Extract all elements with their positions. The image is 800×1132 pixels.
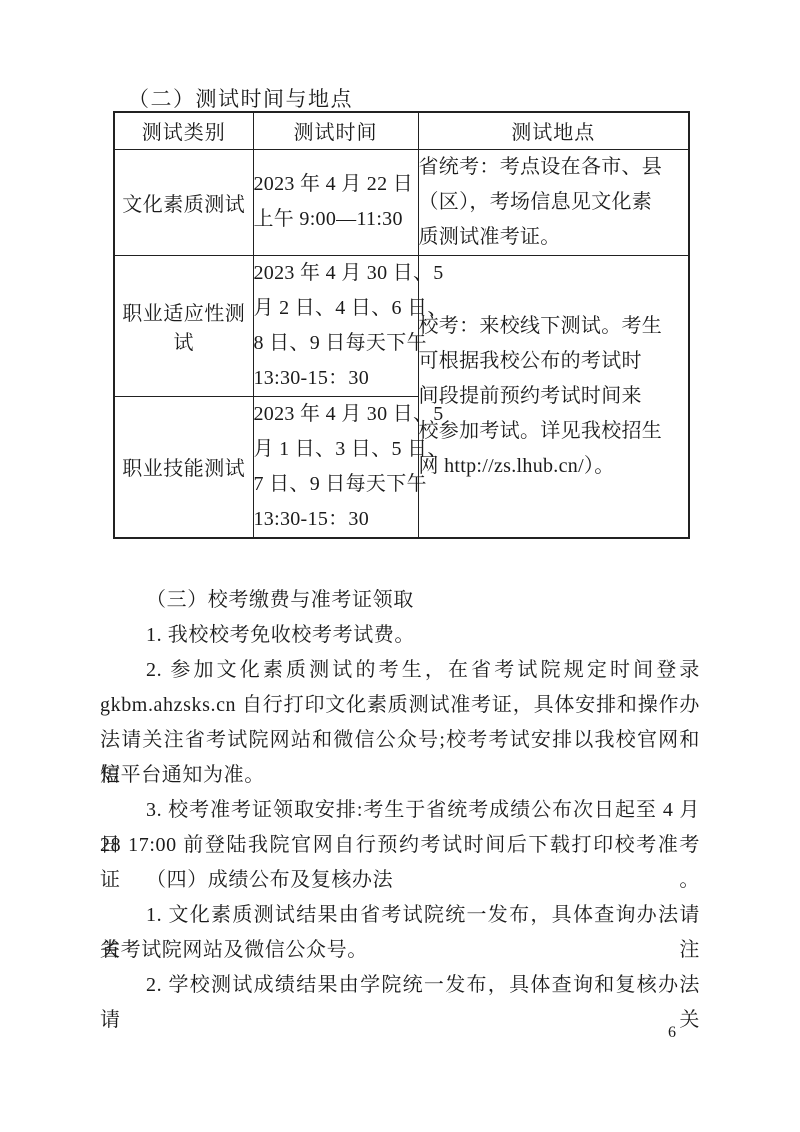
cell-line: 8 日、9 日每天下午 <box>254 326 418 361</box>
cell-line: 网 http://zs.lhub.cn/）。 <box>419 449 689 484</box>
paragraph-line: gkbm.ahzsks.cn 自行打印文化素质测试准考证，具体安排和操作办 <box>100 688 700 723</box>
table-row-culture-test: 文化素质测试 2023 年 4 月 22 日 上午 9:00—11:30 省统考… <box>114 149 689 255</box>
cell-line: 13:30-15：30 <box>254 502 418 537</box>
cell-time-culture: 2023 年 4 月 22 日 上午 9:00—11:30 <box>253 149 418 255</box>
cell-category-culture: 文化素质测试 <box>114 149 253 255</box>
cell-category-aptitude: 职业适应性测试 <box>114 255 253 396</box>
table-header-row: 测试类别 测试时间 测试地点 <box>114 112 689 149</box>
paragraph-line: 法请关注省考试院网站和微信公众号;校考考试安排以我校官网和短 <box>100 723 700 758</box>
body-text-block: （三）校考缴费与准考证领取 1. 我校校考免收校考考试费。 2. 参加文化素质测… <box>100 583 700 1003</box>
cell-line: 质测试准考证。 <box>419 220 689 255</box>
cell-line: 13:30-15：30 <box>254 361 418 396</box>
col-header-test-time: 测试时间 <box>253 112 418 149</box>
document-page: （二）测试时间与地点 测试类别 测试时间 测试地点 文化素质测试 2023 年 … <box>0 0 800 1132</box>
cell-location-province-exam: 省统考：考点设在各市、县 （区），考场信息见文化素 质测试准考证。 <box>418 149 689 255</box>
cell-line: 可根据我校公布的考试时 <box>419 344 689 379</box>
cell-time-aptitude: 2023 年 4 月 30 日、5 月 2 日、4 日、6 日、 8 日、9 日… <box>253 255 418 396</box>
section-heading-test-time-location: （二）测试时间与地点 <box>128 83 353 113</box>
cell-line: 月 1 日、3 日、5 日、 <box>254 432 418 467</box>
cell-time-skill: 2023 年 4 月 30 日、5 月 1 日、3 日、5 日、 7 日、9 日… <box>253 396 418 538</box>
page-number: 6 <box>668 1024 676 1042</box>
cell-line: 7 日、9 日每天下午 <box>254 467 418 502</box>
paragraph-line: 2. 学校测试成绩结果由学院统一发布，具体查询和复核办法请关 <box>100 968 700 1003</box>
col-header-test-category: 测试类别 <box>114 112 253 149</box>
cell-line: 2023 年 4 月 22 日 <box>254 167 418 202</box>
table-row-aptitude-test: 职业适应性测试 2023 年 4 月 30 日、5 月 2 日、4 日、6 日、… <box>114 255 689 396</box>
test-schedule-table: 测试类别 测试时间 测试地点 文化素质测试 2023 年 4 月 22 日 上午… <box>113 111 690 539</box>
cell-line: （区），考场信息见文化素 <box>419 185 689 220</box>
col-header-test-location: 测试地点 <box>418 112 689 149</box>
cell-location-school-exam-merged: 校考：来校线下测试。考生 可根据我校公布的考试时 间段提前预约考试时间来 校参加… <box>418 255 689 538</box>
cell-category-skill: 职业技能测试 <box>114 396 253 538</box>
cell-line: 间段提前预约考试时间来 <box>419 379 689 414</box>
paragraph-line: 1. 我校校考免收校考考试费。 <box>100 618 700 653</box>
cell-line: 2023 年 4 月 30 日、5 <box>254 256 418 291</box>
paragraph-line: 日 17:00 前登陆我院官网自行预约考试时间后下载打印校考准考证。 <box>100 828 700 863</box>
cell-line: 上午 9:00—11:30 <box>254 202 418 237</box>
paragraph-line: 1. 文化素质测试结果由省考试院统一发布，具体查询办法请关注 <box>100 898 700 933</box>
cell-line: 月 2 日、4 日、6 日、 <box>254 291 418 326</box>
paragraph-line: 2. 参加文化素质测试的考生，在省考试院规定时间登录 <box>100 653 700 688</box>
cell-line: 校参加考试。详见我校招生 <box>419 414 689 449</box>
paragraph-line: 3. 校考准考证领取安排:考生于省统考成绩公布次日起至 4 月 28 <box>100 793 700 828</box>
cell-line: 省统考：考点设在各市、县 <box>419 150 689 185</box>
cell-line: 2023 年 4 月 30 日、5 <box>254 397 418 432</box>
section-heading-fee-ticket: （三）校考缴费与准考证领取 <box>100 583 700 618</box>
cell-line: 校考：来校线下测试。考生 <box>419 309 689 344</box>
paragraph-line: 信平台通知为准。 <box>100 758 700 793</box>
